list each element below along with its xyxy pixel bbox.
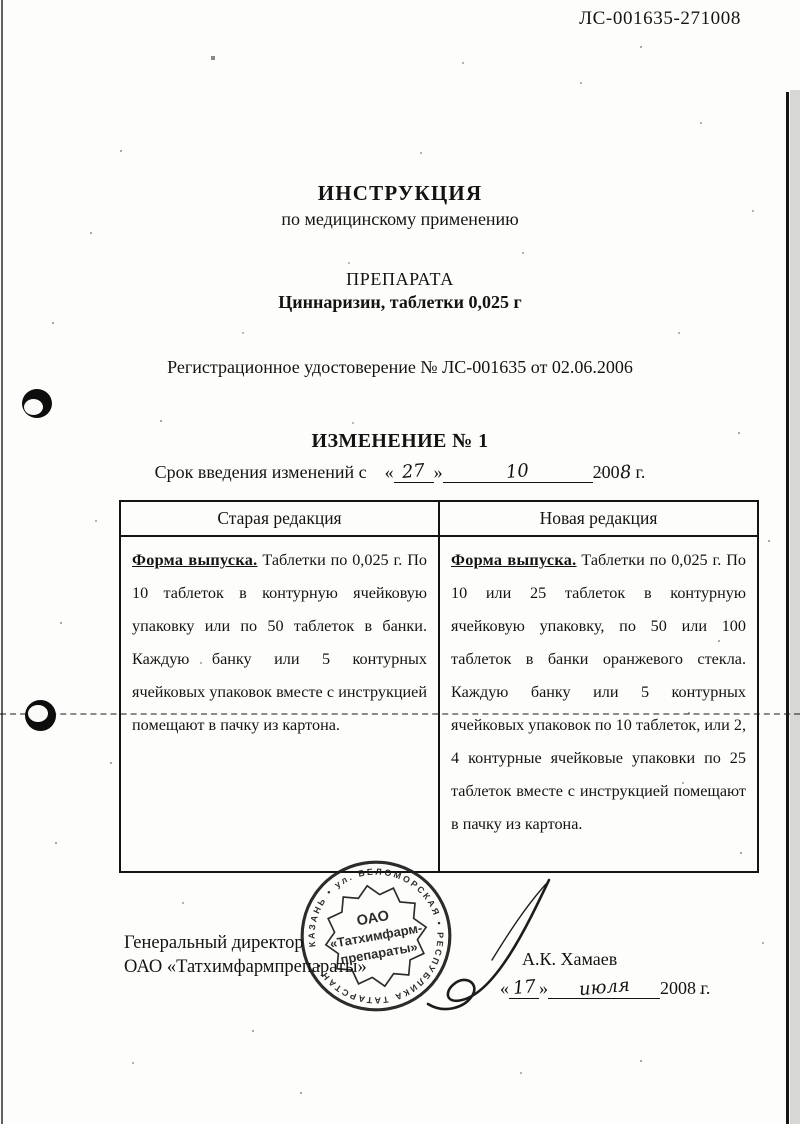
old-redaction-cell: Форма выпуска. Таблетки по 0,025 г. По 1… [120,536,439,872]
column-header-new: Новая редакция [439,501,758,536]
new-redaction-cell: Форма выпуска. Таблетки по 0,025 г. По 1… [439,536,758,872]
amendment-title: ИЗМЕНЕНИЕ № 1 [0,430,800,453]
effective-date-line: Срок введения изменений с«27»102008 г. [0,461,800,483]
director-title-block: Генеральный директор ОАО «Татхимфармпреп… [124,931,367,979]
scan-left-edge-line [1,0,3,1124]
handwritten-month: 10 [505,461,530,483]
scan-right-edge-line [786,92,789,1124]
close-quote: » [434,462,443,482]
old-redaction-lead: Форма выпуска. [132,551,258,569]
hole-punch-mark-top [22,389,52,418]
handwritten-day: 27 [401,461,426,483]
hole-punch-mark-bottom [25,700,56,731]
redaction-comparison-table: Старая редакция Новая редакция Форма вып… [119,500,759,873]
table-body-row: Форма выпуска. Таблетки по 0,025 г. По 1… [120,536,758,872]
year-printed: 200 [593,462,620,482]
new-redaction-text: Таблетки по 0,025 г. По 10 или 25 таблет… [451,551,746,833]
document-subtitle: по медицинскому применению [0,209,800,230]
open-quote: « [385,462,394,482]
preparation-label: ПРЕПАРАТА [0,269,800,290]
handwritten-day-blank: 27 [394,461,434,483]
document-code: ЛС-001635-271008 [0,8,741,30]
handwritten-month-blank: 10 [443,461,593,483]
column-header-old: Старая редакция [120,501,439,536]
signature-stroke [400,868,600,1028]
director-title-line1: Генеральный директор [124,931,367,955]
table-header-row: Старая редакция Новая редакция [120,501,758,536]
handwritten-year-digit: 8 [619,462,632,484]
registration-certificate-line: Регистрационное удостоверение № ЛС-00163… [0,357,800,378]
old-redaction-text: Таблетки по 0,025 г. По 10 таблеток в ко… [132,551,427,734]
new-redaction-lead: Форма выпуска. [451,551,577,569]
director-title-line2: ОАО «Татхимфармпрепараты» [124,955,367,979]
year-suffix: г. [636,462,646,482]
scan-right-edge-shadow [790,90,800,1124]
effective-prefix: Срок введения изменений с [155,462,367,482]
preparation-name: Циннаризин, таблетки 0,025 г [0,292,800,313]
document-title: ИНСТРУКЦИЯ [0,181,800,206]
sign-year: 2008 г. [660,978,710,998]
scanned-document-page: ЛС-001635-271008 ИНСТРУКЦИЯ по медицинск… [0,0,800,1124]
